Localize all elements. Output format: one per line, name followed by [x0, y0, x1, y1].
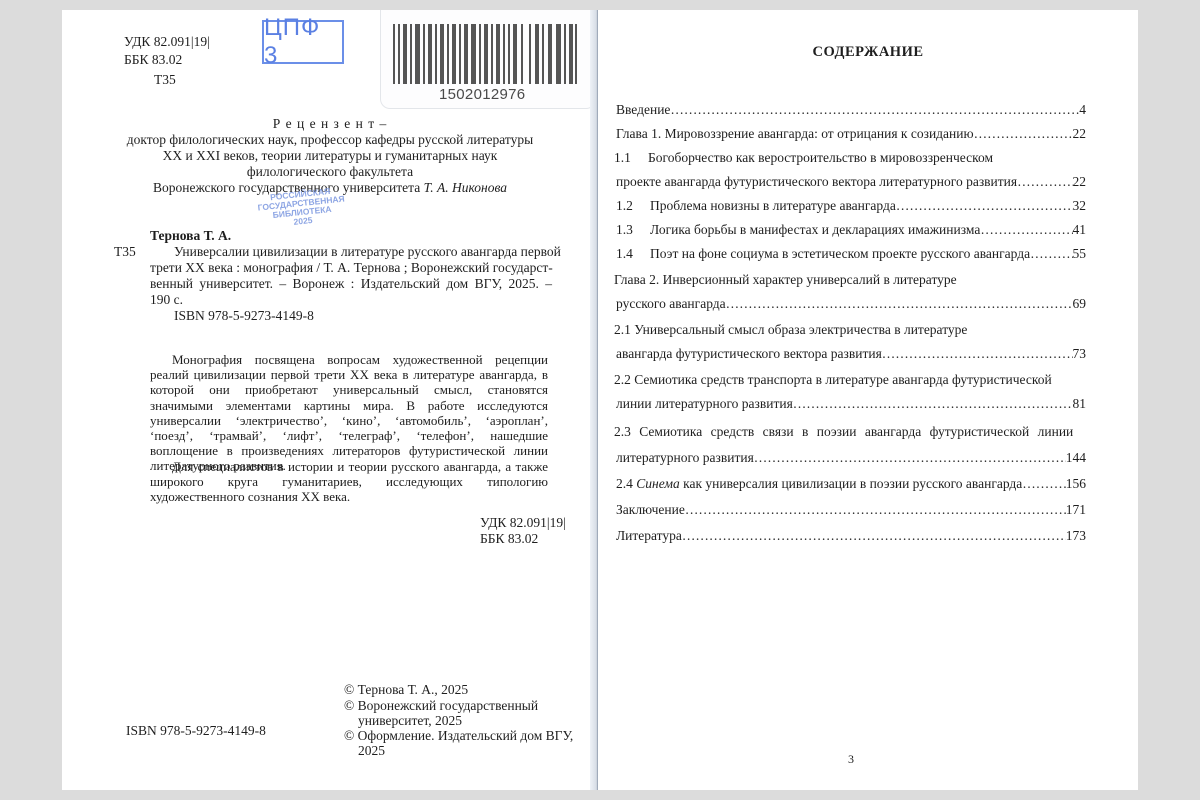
toc-entry-text: Поэт на фоне социума в эстетическом прое… [650, 246, 1030, 261]
library-barcode-sticker: 1502012976 [380, 10, 596, 109]
toc-section-number: 2.2 [614, 372, 631, 387]
toc-entry-label: Заключение [616, 502, 685, 517]
toc-entry-1-3: 1.3Логика борьбы в манифестах и декларац… [616, 222, 1086, 237]
toc-leader-dots [882, 346, 1073, 361]
footer-isbn: ISBN 978-5-9273-4149-8 [126, 723, 266, 738]
toc-entry-references: Литература 173 [616, 528, 1086, 543]
bbk-code: ББК 83.02 [124, 52, 182, 67]
toc-section-number: 1.4 [616, 246, 650, 261]
toc-entry-introduction: Введение 4 [616, 102, 1086, 117]
toc-page-number: 4 [1079, 102, 1086, 117]
toc-page-number: 69 [1073, 296, 1087, 311]
toc-entry-label: 1.2Проблема новизны в литературе авангар… [616, 198, 896, 213]
toc-page-number: 73 [1073, 346, 1087, 361]
toc-leader-dots [754, 450, 1066, 465]
toc-entry-2-1: авангарда футуристического вектора разви… [616, 346, 1086, 361]
reviewer-line-3: филологического факультета [62, 164, 598, 179]
toc-section-number: 1.3 [616, 222, 650, 237]
toc-entry-2-2: линии литературного развития 81 [616, 396, 1086, 411]
annotation-paragraph-1: Монография посвящена вопросам художестве… [150, 352, 548, 474]
copyright-design-cont: 2025 [358, 743, 385, 758]
toc-leader-dots [1017, 174, 1072, 189]
toc-page-number: 173 [1066, 528, 1086, 543]
toc-entry-label: Семиотика средств связи в поэзии авангар… [639, 424, 1073, 439]
toc-section-number: 2.1 [614, 322, 631, 337]
toc-entry-label: Семиотика средств транспорта в литератур… [634, 372, 1051, 387]
toc-entry-label: 1.3Логика борьбы в манифестах и декларац… [616, 222, 980, 237]
toc-entry-label: 1.4Поэт на фоне социума в эстетическом п… [616, 246, 1030, 261]
toc-page-number: 22 [1073, 126, 1087, 141]
toc-entry-label: линии литературного развития [616, 396, 793, 411]
toc-leader-dots [726, 296, 1073, 311]
copyright-author: © Тернова Т. А., 2025 [344, 682, 468, 697]
author-mark: Т35 [154, 72, 176, 87]
page-number: 3 [848, 752, 854, 767]
toc-title: СОДЕРЖАНИЕ [598, 44, 1138, 61]
toc-entry-label: литературного развития [616, 450, 754, 465]
toc-entry-text: Логика борьбы в манифестах и декларациях… [650, 222, 980, 237]
annotation-paragraph-2: Для специалистов в истории и теории русс… [150, 459, 548, 505]
copyright-design: © Оформление. Издательский дом ВГУ, [344, 728, 573, 743]
reviewer-name: Т. А. Никонова [424, 180, 507, 195]
toc-entry-chapter-1: Глава 1. Мировоззрение авангарда: от отр… [616, 126, 1086, 141]
bib-isbn: ISBN 978-5-9273-4149-8 [174, 308, 314, 323]
toc-leader-dots [682, 528, 1066, 543]
toc-italic-term: Синема [636, 476, 679, 491]
bib-mark: Т35 [114, 244, 136, 259]
toc-section-number: 1.2 [616, 198, 650, 213]
toc-section-number: 2.3 [614, 424, 631, 439]
toc-entry-1-1-line-1: 1.1Богоборчество как веростроительство в… [614, 150, 993, 165]
toc-entry-2-2-line-1: 2.2 Семиотика средств транспорта в литер… [614, 372, 1052, 387]
toc-entry-chapter-2: русского авангарда 69 [616, 296, 1086, 311]
toc-leader-dots [670, 102, 1079, 117]
toc-page-number: 32 [1073, 198, 1087, 213]
toc-entry-1-1: проекте авангарда футуристического векто… [616, 174, 1086, 189]
toc-page-number: 22 [1073, 174, 1087, 189]
toc-page-number: 41 [1073, 222, 1087, 237]
right-page: СОДЕРЖАНИЕ Введение 4 Глава 1. Мировоззр… [598, 10, 1138, 790]
reviewer-line-1: доктор филологических наук, профессор ка… [62, 132, 598, 147]
book-spread: УДК 82.091|19| ББК 83.02 Т35 ЦПФ 3 [62, 10, 1138, 790]
toc-entry-conclusion: Заключение 171 [616, 502, 1086, 517]
annotation-bbk: ББК 83.02 [480, 531, 538, 546]
bib-line-2: трети XX века : монография / Т. А. Терно… [150, 260, 548, 275]
barcode-icon [393, 24, 578, 84]
library-stamp: РОССИЙСКАЯ ГОСУДАРСТВЕННАЯ БИБЛИОТЕКА 20… [256, 186, 347, 231]
toc-section-number: 1.1 [614, 150, 648, 165]
barcode-number: 1502012976 [439, 86, 525, 103]
toc-entry-chapter-2-line-1: Глава 2. Инверсионный характер универсал… [614, 272, 957, 287]
toc-entry-text: как универсалия цивилизации в поэзии рус… [683, 476, 1022, 491]
toc-entry-text: Проблема новизны в литературе авангарда [650, 198, 896, 213]
toc-leader-dots [793, 396, 1073, 411]
toc-entry-label: авангарда футуристического вектора разви… [616, 346, 882, 361]
toc-section-number: 2.4 [616, 476, 633, 491]
copyright-university: © Воронежский государственный [344, 698, 538, 713]
toc-page-number: 55 [1073, 246, 1087, 261]
toc-entry-label: русского авангарда [616, 296, 726, 311]
toc-entry-label: Богоборчество как веростроительство в ми… [648, 150, 993, 165]
toc-entry-label: Универсальный смысл образа электричества… [634, 322, 967, 337]
bib-line-4: 190 с. [150, 292, 183, 307]
toc-entry-label: 2.4 Синема как универсалия цивилизации в… [616, 476, 1022, 491]
toc-page-number: 81 [1073, 396, 1087, 411]
toc-leader-dots [974, 126, 1073, 141]
toc-entry-label: проекте авангарда футуристического векто… [616, 174, 1017, 189]
udk-code: УДК 82.091|19| [124, 34, 210, 49]
annotation-udk: УДК 82.091|19| [480, 515, 566, 530]
toc-entry-2-3-line-1: 2.3 Семиотика средств связи в поэзии ава… [614, 424, 1073, 439]
toc-entry-1-2: 1.2Проблема новизны в литературе авангар… [616, 198, 1086, 213]
toc-leader-dots [896, 198, 1073, 213]
author-name: Тернова Т. А. [150, 228, 231, 243]
toc-entry-label: Литература [616, 528, 682, 543]
toc-entry-label: Глава 1. Мировоззрение авангарда: от отр… [616, 126, 974, 141]
toc-entry-2-3: литературного развития 144 [616, 450, 1086, 465]
reviewer-line-2: XX и XXI веков, теории литературы и гума… [62, 148, 598, 163]
left-page: УДК 82.091|19| ББК 83.02 Т35 ЦПФ 3 [62, 10, 598, 790]
cpf-stamp: ЦПФ 3 [262, 20, 344, 64]
toc-entry-2-4: 2.4 Синема как универсалия цивилизации в… [616, 476, 1086, 491]
toc-entry-1-4: 1.4Поэт на фоне социума в эстетическом п… [616, 246, 1086, 261]
toc-entry-label: Введение [616, 102, 670, 117]
toc-entry-2-1-line-1: 2.1 Универсальный смысл образа электриче… [614, 322, 967, 337]
toc-leader-dots [685, 502, 1066, 517]
toc-leader-dots [1022, 476, 1065, 491]
toc-leader-dots [1030, 246, 1072, 261]
reviewer-heading: Р е ц е н з е н т – [62, 116, 598, 131]
toc-page-number: 144 [1066, 450, 1086, 465]
toc-page-number: 171 [1066, 502, 1086, 517]
bib-line-3: венный университет. – Воронеж : Издатель… [150, 276, 548, 291]
toc-leader-dots [980, 222, 1072, 237]
copyright-university-cont: университет, 2025 [358, 713, 462, 728]
toc-page-number: 156 [1066, 476, 1086, 491]
bib-line-1: Универсалии цивилизации в литературе рус… [174, 244, 561, 259]
